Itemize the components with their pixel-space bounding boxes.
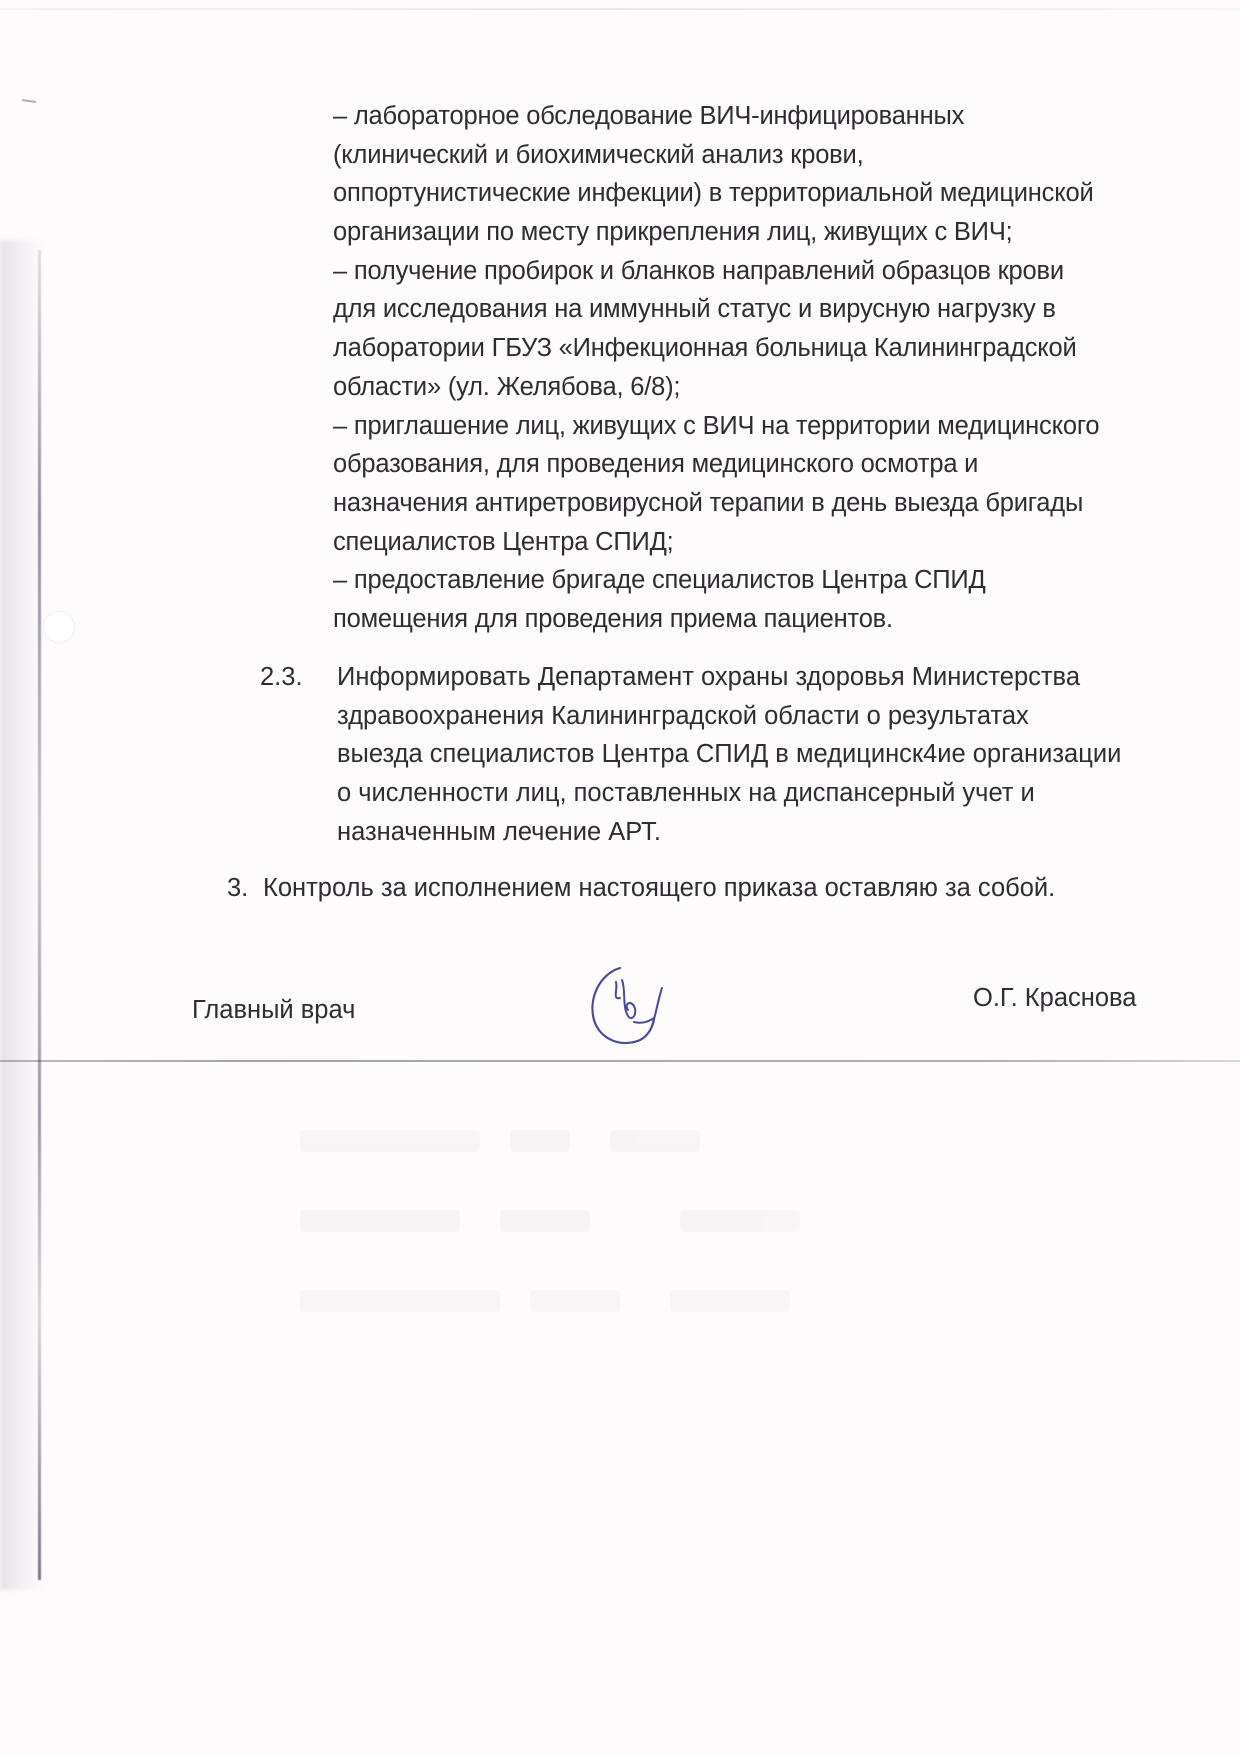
bullet-line: – приглашение лиц, живущих с ВИЧ на терр… — [333, 407, 1099, 446]
signatory-name: О.Г. Краснова — [973, 984, 1136, 1013]
bullet-line: для исследования на иммунный статус и ви… — [333, 290, 1099, 329]
bullet-line: (клинический и биохимический анализ кров… — [333, 136, 1099, 175]
bleed-through-text — [280, 1110, 920, 1350]
handwritten-signature-icon — [582, 960, 692, 1050]
bullet-line: помещения для проведения приема пациенто… — [333, 600, 1099, 639]
bullet-line: специалистов Центра СПИД; — [333, 523, 1099, 562]
item-number: 2.3. — [260, 658, 303, 697]
item-body: Информировать Департамент охраны здоровь… — [337, 658, 1121, 851]
bullet-line: – лабораторное обследование ВИЧ-инфициро… — [333, 97, 1099, 136]
bullet-line: – предоставление бригаде специалистов Це… — [333, 561, 1099, 600]
bullet-line: оппортунистические инфекции) в территори… — [333, 174, 1099, 213]
bullet-line: – получение пробирок и бланков направлен… — [333, 252, 1099, 291]
page-fold-line — [0, 1060, 1240, 1062]
bullet-line: организации по месту прикрепления лиц, ж… — [333, 213, 1099, 252]
item-number: 3. — [227, 869, 263, 908]
item-line: здравоохранения Калининградской области … — [337, 697, 1121, 736]
bullet-line: области» (ул. Желябова, 6/8); — [333, 368, 1099, 407]
item-text: Контроль за исполнением настоящего прика… — [263, 874, 1055, 902]
punch-hole — [44, 612, 74, 642]
scan-top-edge — [0, 8, 1240, 10]
bullet-line: лаборатории ГБУЗ «Инфекционная больница … — [333, 329, 1099, 368]
signature-block: Главный врач О.Г. Краснова — [0, 960, 1240, 1060]
signatory-title: Главный врач — [192, 996, 355, 1025]
bullet-line: образования, для проведения медицинского… — [333, 445, 1099, 484]
bullet-line: назначения антиретровирусной терапии в д… — [333, 484, 1099, 523]
item-3: 3.Контроль за исполнением настоящего при… — [227, 869, 1055, 908]
item-line: выезда специалистов Центра СПИД в медици… — [337, 735, 1121, 774]
scan-mark — [22, 99, 36, 103]
scan-left-edge-line — [38, 250, 41, 1580]
item-line: назначенным лечение АРТ. — [337, 813, 1121, 852]
item-line: Информировать Департамент охраны здоровь… — [337, 658, 1121, 697]
item-line: о численности лиц, поставленных на диспа… — [337, 774, 1121, 813]
responsibilities-list: – лабораторное обследование ВИЧ-инфициро… — [333, 97, 1099, 639]
